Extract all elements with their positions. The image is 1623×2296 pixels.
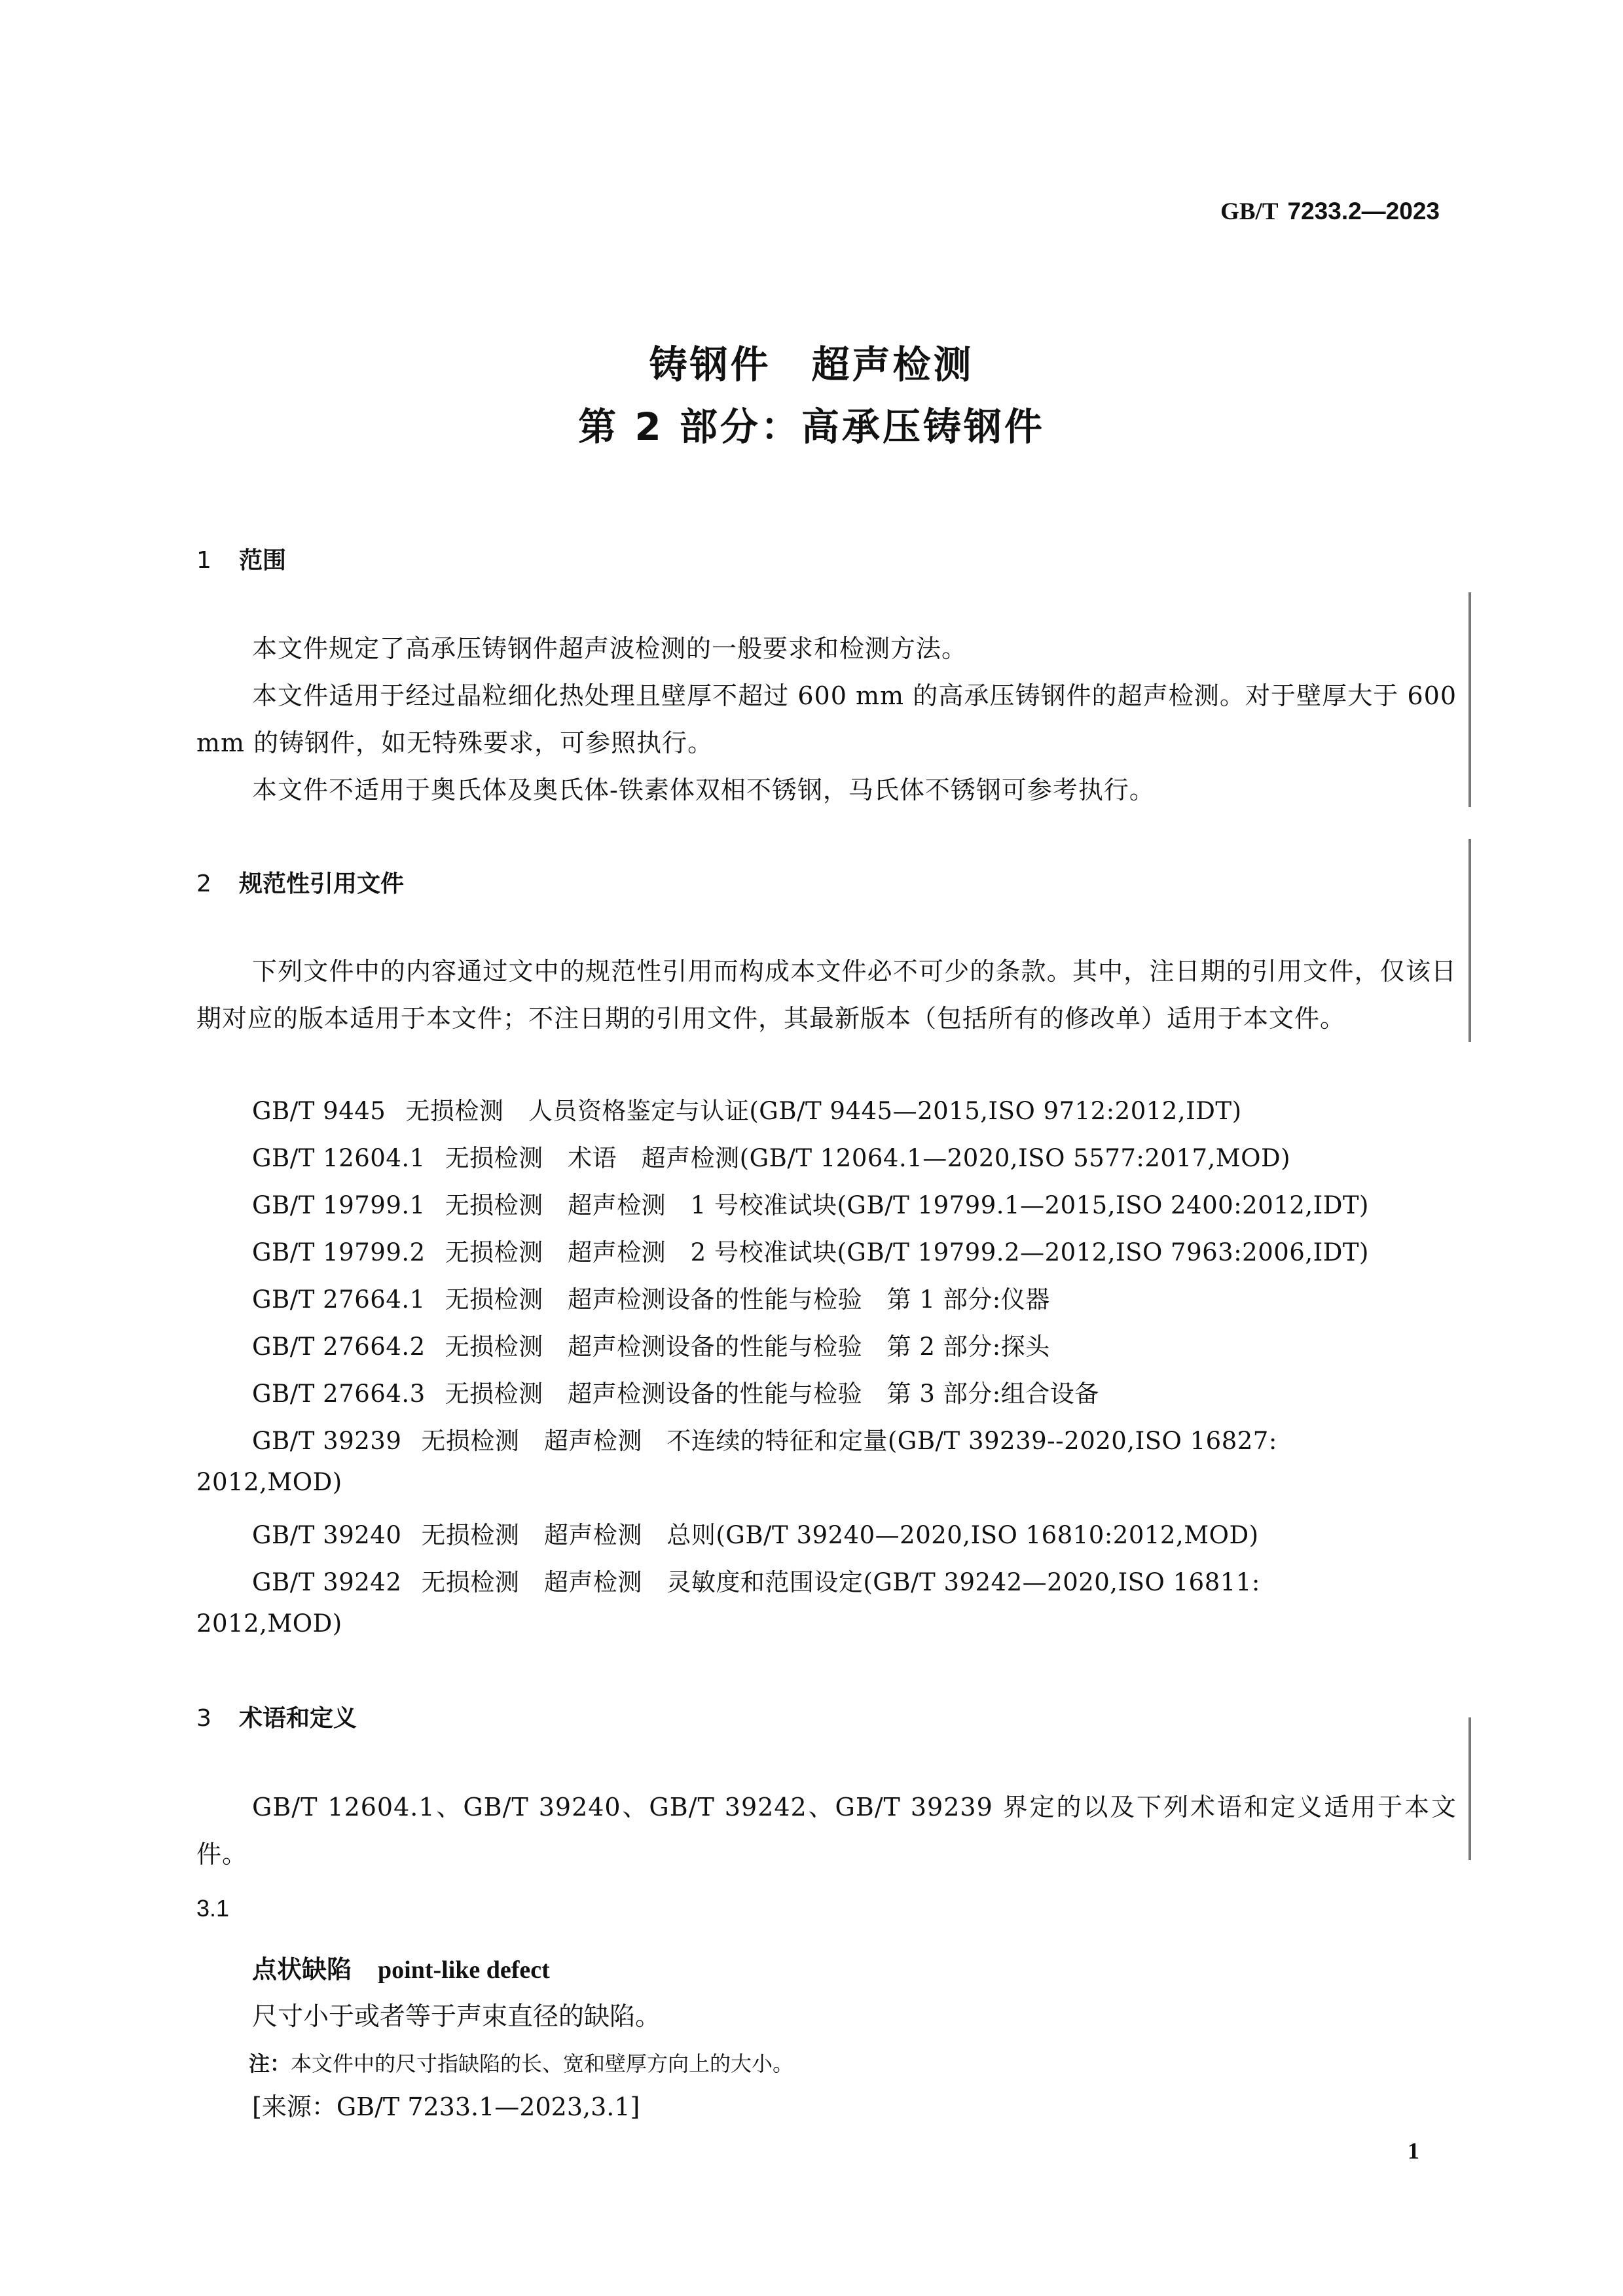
reference-code: GB/T 27664.2	[252, 1333, 426, 1361]
section-heading-terms-definitions: 3术语和定义	[196, 1700, 357, 1733]
reference-title: 无损检测 超声检测 2 号校准试块(GB/T 19799.2—2012,ISO …	[445, 1238, 1369, 1266]
reference-item: GB/T 27664.3无损检测 超声检测设备的性能与检验 第 3 部分:组合设…	[252, 1374, 1099, 1409]
reference-item: GB/T 39240无损检测 超声检测 总则(GB/T 39240—2020,I…	[252, 1515, 1259, 1551]
reference-item: GB/T 12604.1无损检测 术语 超声检测(GB/T 12064.1—20…	[252, 1138, 1290, 1174]
reference-title: 无损检测 超声检测 总则(GB/T 39240—2020,ISO 16810:2…	[421, 1521, 1258, 1549]
change-bar	[1468, 592, 1471, 807]
reference-item: GB/T 19799.2无损检测 超声检测 2 号校准试块(GB/T 19799…	[252, 1232, 1369, 1268]
reference-item: GB/T 27664.2无损检测 超声检测设备的性能与检验 第 2 部分:探头	[252, 1327, 1050, 1362]
section-number: 2	[196, 870, 239, 897]
document-code: GB/T7233.2—2023	[1220, 198, 1440, 226]
term-name-zh: 点状缺陷	[252, 1954, 352, 1984]
reference-title: 无损检测 超声检测设备的性能与检验 第 1 部分:仪器	[445, 1285, 1050, 1314]
reference-title: 无损检测 超声检测 1 号校准试块(GB/T 19799.1—2015,ISO …	[445, 1191, 1369, 1219]
reference-code: GB/T 9445	[252, 1097, 386, 1125]
document-code-prefix: GB/T	[1220, 198, 1278, 225]
reference-code: GB/T 39239	[252, 1427, 401, 1455]
reference-title: 无损检测 术语 超声检测(GB/T 12064.1—2020,ISO 5577:…	[445, 1144, 1290, 1172]
reference-code: GB/T 19799.1	[252, 1191, 426, 1219]
note-text: 本文件中的尺寸指缺陷的长、宽和壁厚方向上的大小。	[291, 2051, 793, 2076]
reference-item: GB/T 27664.1无损检测 超声检测设备的性能与检验 第 1 部分:仪器	[252, 1280, 1050, 1315]
section-heading-scope: 1范围	[196, 542, 286, 575]
term-note: 注：本文件中的尺寸指缺陷的长、宽和壁厚方向上的大小。	[249, 2047, 793, 2077]
document-title-line-2: 第 2 部分：高承压铸钢件	[0, 396, 1623, 451]
scope-paragraph-3: 本文件不适用于奥氏体及奥氏体-铁素体双相不锈钢，马氏体不锈钢可参考执行。	[196, 766, 1457, 814]
scope-paragraph-2: 本文件适用于经过晶粒细化热处理且壁厚不超过 600 mm 的高承压铸钢件的超声检…	[196, 672, 1457, 766]
section-number: 1	[196, 547, 239, 574]
reference-item-continuation: 2012,MOD)	[196, 1468, 342, 1496]
scope-paragraph-1: 本文件规定了高承压铸钢件超声波检测的一般要求和检测方法。	[196, 625, 1457, 672]
reference-title: 无损检测 超声检测 灵敏度和范围设定(GB/T 39242—2020,ISO 1…	[421, 1568, 1260, 1596]
term-definition: 尺寸小于或者等于声束直径的缺陷。	[252, 1996, 661, 2033]
change-bar	[1468, 1717, 1471, 1860]
section-number: 3	[196, 1705, 239, 1732]
reference-code: GB/T 12604.1	[252, 1144, 426, 1172]
terms-intro: GB/T 12604.1、GB/T 39240、GB/T 39242、GB/T …	[196, 1784, 1457, 1878]
reference-title: 无损检测 超声检测 不连续的特征和定量(GB/T 39239--2020,ISO…	[421, 1427, 1277, 1455]
note-label: 注：	[249, 2051, 291, 2076]
term-number: 3.1	[196, 1895, 229, 1922]
change-bar	[1468, 839, 1471, 1042]
reference-title: 无损检测 人员资格鉴定与认证(GB/T 9445—2015,ISO 9712:2…	[405, 1097, 1241, 1125]
reference-item: GB/T 19799.1无损检测 超声检测 1 号校准试块(GB/T 19799…	[252, 1185, 1369, 1221]
reference-item: GB/T 39239无损检测 超声检测 不连续的特征和定量(GB/T 39239…	[252, 1421, 1277, 1456]
section-heading-normative-references: 2规范性引用文件	[196, 865, 404, 899]
reference-item-continuation: 2012,MOD)	[196, 1609, 342, 1638]
document-title-line-1: 铸钢件 超声检测	[0, 334, 1623, 389]
normative-references-intro: 下列文件中的内容通过文中的规范性引用而构成本文件必不可少的条款。其中，注日期的引…	[196, 948, 1457, 1042]
section-title: 规范性引用文件	[239, 870, 404, 897]
term-name-en: point-like defect	[378, 1956, 550, 1984]
reference-item: GB/T 9445无损检测 人员资格鉴定与认证(GB/T 9445—2015,I…	[252, 1091, 1242, 1126]
reference-code: GB/T 27664.1	[252, 1285, 426, 1314]
reference-title: 无损检测 超声检测设备的性能与检验 第 3 部分:组合设备	[445, 1380, 1099, 1408]
page-number: 1	[1408, 2137, 1419, 2164]
section-title: 范围	[239, 547, 286, 574]
term-name: 点状缺陷point-like defect	[252, 1949, 550, 1985]
reference-code: GB/T 27664.3	[252, 1380, 426, 1408]
reference-code: GB/T 19799.2	[252, 1238, 426, 1266]
document-code-number: 7233.2—2023	[1288, 198, 1440, 224]
reference-item: GB/T 39242无损检测 超声检测 灵敏度和范围设定(GB/T 39242—…	[252, 1562, 1260, 1598]
section-title: 术语和定义	[239, 1705, 357, 1732]
reference-code: GB/T 39242	[252, 1568, 401, 1596]
term-source: [来源：GB/T 7233.1—2023,3.1]	[252, 2087, 640, 2123]
reference-code: GB/T 39240	[252, 1521, 401, 1549]
reference-title: 无损检测 超声检测设备的性能与检验 第 2 部分:探头	[445, 1333, 1050, 1361]
